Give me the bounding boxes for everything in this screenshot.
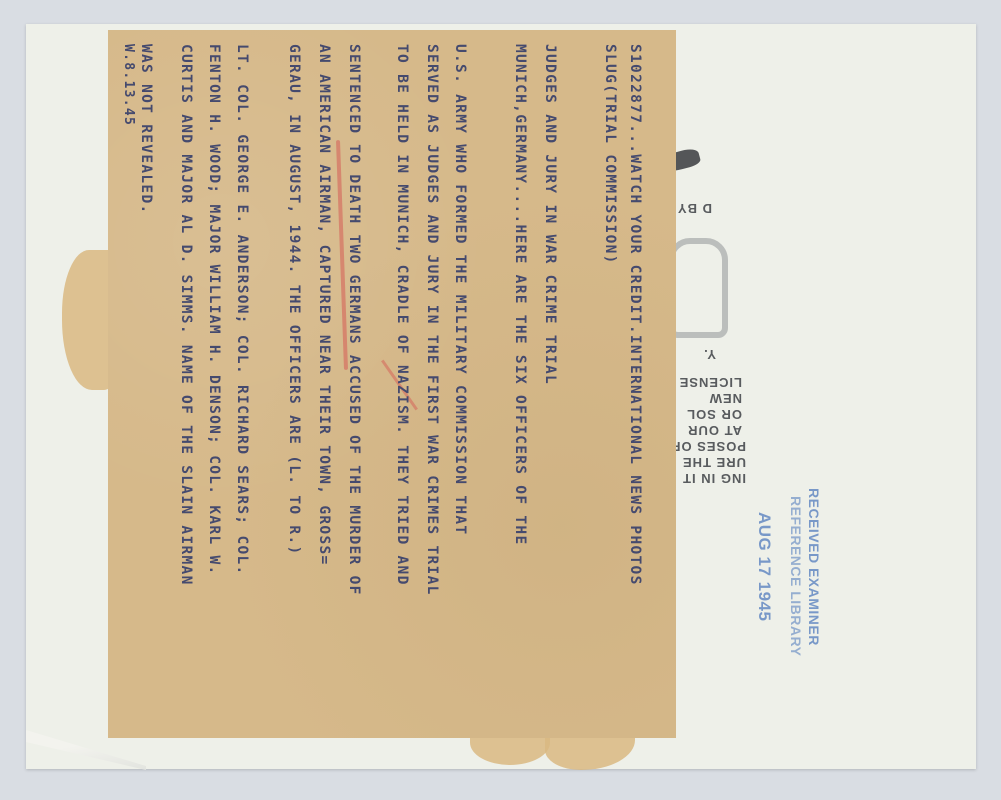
caption-line: W.8.13.45 — [121, 44, 136, 126]
caption-line: MUNICH,GERMANY....HERE ARE THE SIX OFFIC… — [512, 44, 528, 546]
caption-line: JUDGES AND JURY IN WAR CRIME TRIAL — [542, 44, 558, 385]
caption-line: SLUG(TRIAL COMMISSION) — [602, 44, 618, 265]
stamp-line: NEW — [709, 391, 742, 406]
stamp-emblem-icon — [668, 238, 728, 338]
caption-line: CURTIS AND MAJOR AL D. SIMMS. NAME OF TH… — [178, 44, 194, 586]
caption-line: S1022877...WATCH YOUR CREDIT.INTERNATION… — [627, 44, 643, 586]
received-line-1: RECEIVED EXAMINER — [806, 488, 822, 646]
stamp-line: Y. — [703, 347, 716, 362]
received-date: AUG 17 1945 — [754, 512, 774, 621]
caption-line: WAS NOT REVEALED. — [138, 44, 154, 215]
caption-line: SENTENCED TO DEATH TWO GERMANS ACCUSED O… — [346, 44, 362, 596]
caption-line: SERVED AS JUDGES AND JURY IN THE FIRST W… — [424, 44, 440, 596]
received-line-2: REFERENCE LIBRARY — [788, 496, 804, 656]
caption-line: FENTON H. WOOD; MAJOR WILLIAM H. DENSON;… — [206, 44, 222, 576]
stamp-line: ING IN IT — [682, 471, 746, 486]
stamp-line: POSES OF — [672, 439, 746, 454]
stamp-line: URE THE — [682, 455, 746, 470]
caption-line: LT. COL. GEORGE E. ANDERSON; COL. RICHAR… — [234, 44, 250, 576]
caption-slip: S1022877...WATCH YOUR CREDIT.INTERNATION… — [108, 30, 676, 738]
caption-line: AN AMERICAN AIRMAN, CAPTURED NEAR THEIR … — [316, 44, 332, 566]
caption-line: U.S. ARMY WHO FORMED THE MILITARY COMMIS… — [452, 44, 468, 535]
stamp-line: AT OUR — [687, 423, 742, 438]
caption-line: GERAU, IN AUGUST, 1944. THE OFFICERS ARE… — [286, 44, 302, 556]
stamp-line: LICENSE — [679, 375, 742, 390]
stamp-line: D BY — [677, 201, 712, 216]
caption-line: TO BE HELD IN MUNICH, CRADLE OF NAZISM. … — [394, 44, 410, 586]
stamp-line: OR SOL — [686, 407, 742, 422]
